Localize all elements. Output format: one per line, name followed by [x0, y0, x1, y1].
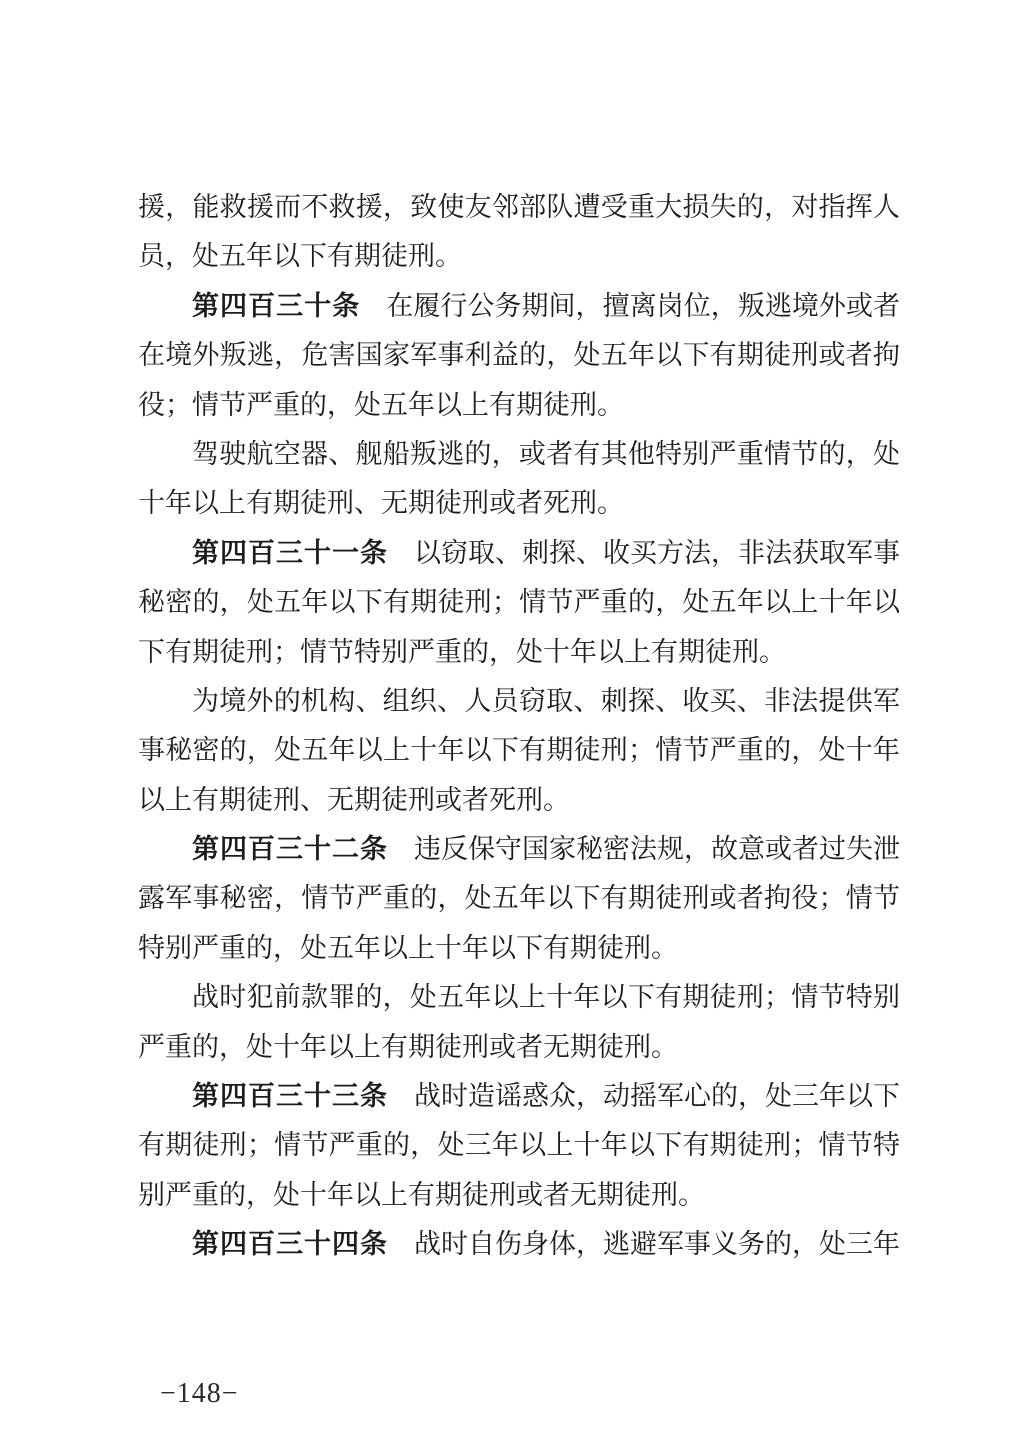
article-line: 第四百三十二条违反保守国家秘密法规，故意或者过失泄 — [138, 825, 900, 874]
text-line: 露军事秘密，情节严重的，处五年以下有期徒刑或者拘役；情节 — [138, 874, 900, 923]
article-line: 第四百三十四条战时自伤身体，逃避军事义务的，处三年 — [138, 1220, 900, 1269]
article-number: 第四百三十三条 — [192, 1081, 388, 1111]
line-text: 露军事秘密，情节严重的，处五年以下有期徒刑或者拘役；情节 — [138, 883, 900, 913]
line-text: 以上有期徒刑、无期徒刑或者死刑。 — [138, 785, 570, 815]
article-line: 第四百三十条在履行公务期间，擅离岗位，叛逃境外或者 — [138, 282, 900, 331]
line-text: 战时造谣惑众，动摇军心的，处三年以下 — [414, 1081, 900, 1111]
document-page: 援，能救援而不救援，致使友邻部队遭受重大损失的，对指挥人员，处五年以下有期徒刑。… — [0, 0, 1024, 1448]
line-text: 为境外的机构、组织、人员窃取、刺探、收买、非法提供军 — [192, 686, 900, 716]
line-text: 别严重的，处十年以上有期徒刑或者无期徒刑。 — [138, 1180, 705, 1210]
text-line: 员，处五年以下有期徒刑。 — [138, 232, 900, 281]
legal-text-block: 援，能救援而不救援，致使友邻部队遭受重大损失的，对指挥人员，处五年以下有期徒刑。… — [138, 183, 900, 1270]
line-text: 员，处五年以下有期徒刑。 — [138, 241, 462, 271]
line-text: 援，能救援而不救援，致使友邻部队遭受重大损失的，对指挥人 — [138, 192, 900, 222]
line-text: 有期徒刑；情节严重的，处三年以上十年以下有期徒刑；情节特 — [138, 1130, 900, 1160]
line-text: 特别严重的，处五年以上十年以下有期徒刑。 — [138, 933, 678, 963]
line-text: 事秘密的，处五年以上十年以下有期徒刑；情节严重的，处十年 — [138, 735, 900, 765]
text-line: 秘密的，处五年以下有期徒刑；情节严重的，处五年以上十年以 — [138, 578, 900, 627]
line-text: 下有期徒刑；情节特别严重的，处十年以上有期徒刑。 — [138, 637, 786, 667]
text-line: 以上有期徒刑、无期徒刑或者死刑。 — [138, 776, 900, 825]
article-number: 第四百三十二条 — [192, 834, 388, 864]
line-text: 驾驶航空器、舰船叛逃的，或者有其他特别严重情节的，处 — [192, 439, 900, 469]
line-text: 以窃取、刺探、收买方法，非法获取军事 — [414, 538, 900, 568]
text-line: 事秘密的，处五年以上十年以下有期徒刑；情节严重的，处十年 — [138, 726, 900, 775]
article-line: 第四百三十一条以窃取、刺探、收买方法，非法获取军事 — [138, 529, 900, 578]
line-text: 严重的，处十年以上有期徒刑或者无期徒刑。 — [138, 1032, 678, 1062]
text-line: 别严重的，处十年以上有期徒刑或者无期徒刑。 — [138, 1171, 900, 1220]
line-text: 秘密的，处五年以下有期徒刑；情节严重的，处五年以上十年以 — [138, 587, 900, 617]
line-text: 战时自伤身体，逃避军事义务的，处三年 — [414, 1229, 900, 1259]
article-number: 第四百三十条 — [192, 291, 360, 321]
article-line: 第四百三十三条战时造谣惑众，动摇军心的，处三年以下 — [138, 1072, 900, 1121]
text-line: 役；情节严重的，处五年以上有期徒刑。 — [138, 381, 900, 430]
line-text: 在境外叛逃，危害国家军事利益的，处五年以下有期徒刑或者拘 — [138, 340, 900, 370]
line-text: 十年以上有期徒刑、无期徒刑或者死刑。 — [138, 488, 624, 518]
text-line: 在境外叛逃，危害国家军事利益的，处五年以下有期徒刑或者拘 — [138, 331, 900, 380]
article-number: 第四百三十四条 — [192, 1229, 388, 1259]
text-line: 援，能救援而不救援，致使友邻部队遭受重大损失的，对指挥人 — [138, 183, 900, 232]
text-line: 战时犯前款罪的，处五年以上十年以下有期徒刑；情节特别 — [138, 973, 900, 1022]
page-number: −148− — [160, 1378, 239, 1410]
text-line: 严重的，处十年以上有期徒刑或者无期徒刑。 — [138, 1023, 900, 1072]
line-text: 战时犯前款罪的，处五年以上十年以下有期徒刑；情节特别 — [192, 982, 900, 1012]
text-line: 驾驶航空器、舰船叛逃的，或者有其他特别严重情节的，处 — [138, 430, 900, 479]
text-line: 下有期徒刑；情节特别严重的，处十年以上有期徒刑。 — [138, 628, 900, 677]
text-line: 为境外的机构、组织、人员窃取、刺探、收买、非法提供军 — [138, 677, 900, 726]
line-text: 役；情节严重的，处五年以上有期徒刑。 — [138, 390, 624, 420]
article-number: 第四百三十一条 — [192, 538, 388, 568]
line-text: 在履行公务期间，擅离岗位，叛逃境外或者 — [386, 291, 900, 321]
text-line: 有期徒刑；情节严重的，处三年以上十年以下有期徒刑；情节特 — [138, 1121, 900, 1170]
text-line: 十年以上有期徒刑、无期徒刑或者死刑。 — [138, 479, 900, 528]
page-footer: −148− — [160, 1374, 239, 1414]
line-text: 违反保守国家秘密法规，故意或者过失泄 — [414, 834, 900, 864]
text-line: 特别严重的，处五年以上十年以下有期徒刑。 — [138, 924, 900, 973]
